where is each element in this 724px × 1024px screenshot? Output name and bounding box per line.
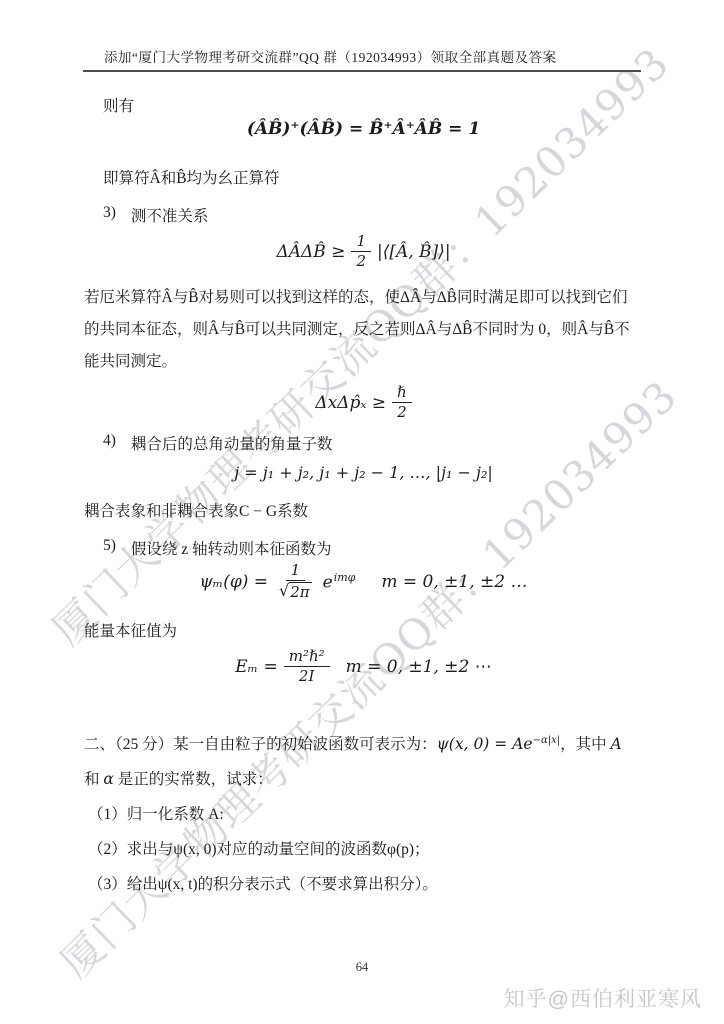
problem2-line2-tail: 是正的实常数，试求： xyxy=(114,771,273,788)
eigenvalue-line: 能量本征值为 xyxy=(84,619,177,641)
fraction-denominator: 2 xyxy=(351,252,371,270)
fraction-one-half: 1 2 xyxy=(351,233,371,271)
fraction-numerator: 1 xyxy=(286,562,306,581)
formula-position-momentum: ΔxΔp̂ₓ ≥ ℏ 2 xyxy=(85,384,642,422)
radicand: 2π xyxy=(289,582,311,601)
question-2: （2）求出与ψ(x, 0)对应的动量空间的波函数φ(p)； xyxy=(88,837,430,859)
problem2-line-2: 和 α 是正的实常数，试求： xyxy=(84,767,273,789)
formula-eigenfunction: ψₘ(φ) = 1 √ 2π eimφ m = 0, ±1, ±2 … xyxy=(85,562,642,602)
euler-base: e xyxy=(323,573,333,593)
question-1: （1）归一化系数 A: xyxy=(88,802,224,824)
section-item-3: 3) 测不准关系 xyxy=(103,204,208,226)
initial-wavefunction: ψ(x, 0) = Ae xyxy=(437,735,533,753)
commute-paragraph: 若厄米算符Â与B̂对易则可以找到这样的态，使ΔÂ与ΔB̂同时满足即可以找到它们 … xyxy=(84,282,644,378)
fraction-numerator: 1 xyxy=(351,233,371,252)
quantum-number-condition: m = 0, ±1, ±2 … xyxy=(381,572,527,592)
intro-line: 则有 xyxy=(103,94,134,116)
cg-coefficients-line: 耦合表象和非耦合表象C − G系数 xyxy=(84,499,308,521)
commute-paragraph-line-2: 的共同本征态，则Â与B̂可以共同测定，反之若则ΔÂ与ΔB̂不同时为 0，则Â与B… xyxy=(84,314,644,346)
section-item-5: 5) 假设绕 z 轴转动则本征函数为 xyxy=(103,537,332,559)
document-page: 厦门大学物理考研交流QQ群：192034993 厦门大学物理考研交流QQ群：19… xyxy=(0,0,724,1024)
commute-paragraph-line-3: 能共同测定。 xyxy=(84,346,644,378)
unitary-note: 即算符Â和B̂均为幺正算符 xyxy=(103,166,280,188)
item-5-number: 5) xyxy=(103,537,116,559)
radical-sign: √ xyxy=(279,582,289,600)
square-root: √ 2π xyxy=(279,582,312,601)
formula-uncertainty: ΔÂΔB̂ ≥ 1 2 |⟨[Â, B̂]⟩| xyxy=(85,233,642,271)
constant-alpha: α xyxy=(103,770,113,788)
fraction-numerator: m²ℏ² xyxy=(284,648,330,667)
formula-psi-lhs: ψₘ(φ) = xyxy=(199,572,268,592)
fraction-hbar-2: ℏ 2 xyxy=(392,384,412,422)
item-4-number: 4) xyxy=(103,432,116,454)
item-4-label: 耦合后的总角动量的角量子数 xyxy=(131,432,333,454)
formula-xp-lhs: ΔxΔp̂ₓ ≥ xyxy=(315,393,386,413)
item-3-number: 3) xyxy=(103,204,116,226)
problem2-text-tail: ，其中 xyxy=(560,736,610,753)
wavefunction-exponent: −α|x| xyxy=(533,735,561,746)
exponential-term: eimφ xyxy=(323,571,356,593)
item-3-label: 测不准关系 xyxy=(131,204,209,226)
commute-paragraph-line-1: 若厄米算符Â与B̂对易则可以找到这样的态，使ΔÂ与ΔB̂同时满足即可以找到它们 xyxy=(84,282,644,314)
page-number: 64 xyxy=(0,960,724,975)
formula-unitary: (ÂB̂)⁺(ÂB̂) = B̂⁺Â⁺ÂB̂ = 1 xyxy=(85,119,642,139)
problem2-line-1: 二、（25 分）某一自由粒子的初始波函数可表示为：ψ(x, 0) = Ae−α|… xyxy=(84,732,622,754)
header-divider xyxy=(83,70,641,72)
fraction-denominator: √ 2π xyxy=(274,581,317,601)
fraction-numerator: ℏ xyxy=(392,384,412,403)
formula-angular-quantum-numbers: j = j₁ + j₂, j₁ + j₂ − 1, …, |j₁ − j₂| xyxy=(85,463,642,482)
page-header: 添加“厦门大学物理考研交流群”QQ 群（192034993）领取全部真题及答案 xyxy=(104,46,557,66)
fraction-energy: m²ℏ² 2I xyxy=(284,648,330,686)
formula-unitary-text: (ÂB̂)⁺(ÂB̂) = B̂⁺Â⁺ÂB̂ = 1 xyxy=(247,119,480,139)
zhihu-credit-watermark: 知乎@西伯利亚寒风 xyxy=(504,983,702,1013)
fraction-denominator: 2 xyxy=(392,403,412,421)
formula-energy-eigenvalue: Eₘ = m²ℏ² 2I m = 0, ±1, ±2 ⋯ xyxy=(85,648,642,686)
section-item-4: 4) 耦合后的总角动量的角量子数 xyxy=(103,432,332,454)
exponent: imφ xyxy=(334,571,356,584)
constant-A: A xyxy=(610,735,621,753)
item-5-label: 假设绕 z 轴转动则本征函数为 xyxy=(131,537,332,559)
problem2-text: 二、（25 分）某一自由粒子的初始波函数可表示为： xyxy=(84,736,437,753)
formula-uncertainty-lhs: ΔÂΔB̂ ≥ xyxy=(276,242,345,262)
fraction-denominator: 2I xyxy=(294,667,319,685)
problem2-line2-pre: 和 xyxy=(84,771,103,788)
formula-j-text: j = j₁ + j₂, j₁ + j₂ − 1, …, |j₁ − j₂| xyxy=(234,463,493,482)
formula-uncertainty-rhs: |⟨[Â, B̂]⟩| xyxy=(377,242,451,262)
quantum-number-condition: m = 0, ±1, ±2 ⋯ xyxy=(346,657,492,677)
question-3: （3）给出ψ(x, t)的积分表示式（不要求算出积分）。 xyxy=(88,872,438,894)
fraction-one-over-sqrt2pi: 1 √ 2π xyxy=(274,562,317,602)
formula-energy-lhs: Eₘ = xyxy=(235,657,277,677)
